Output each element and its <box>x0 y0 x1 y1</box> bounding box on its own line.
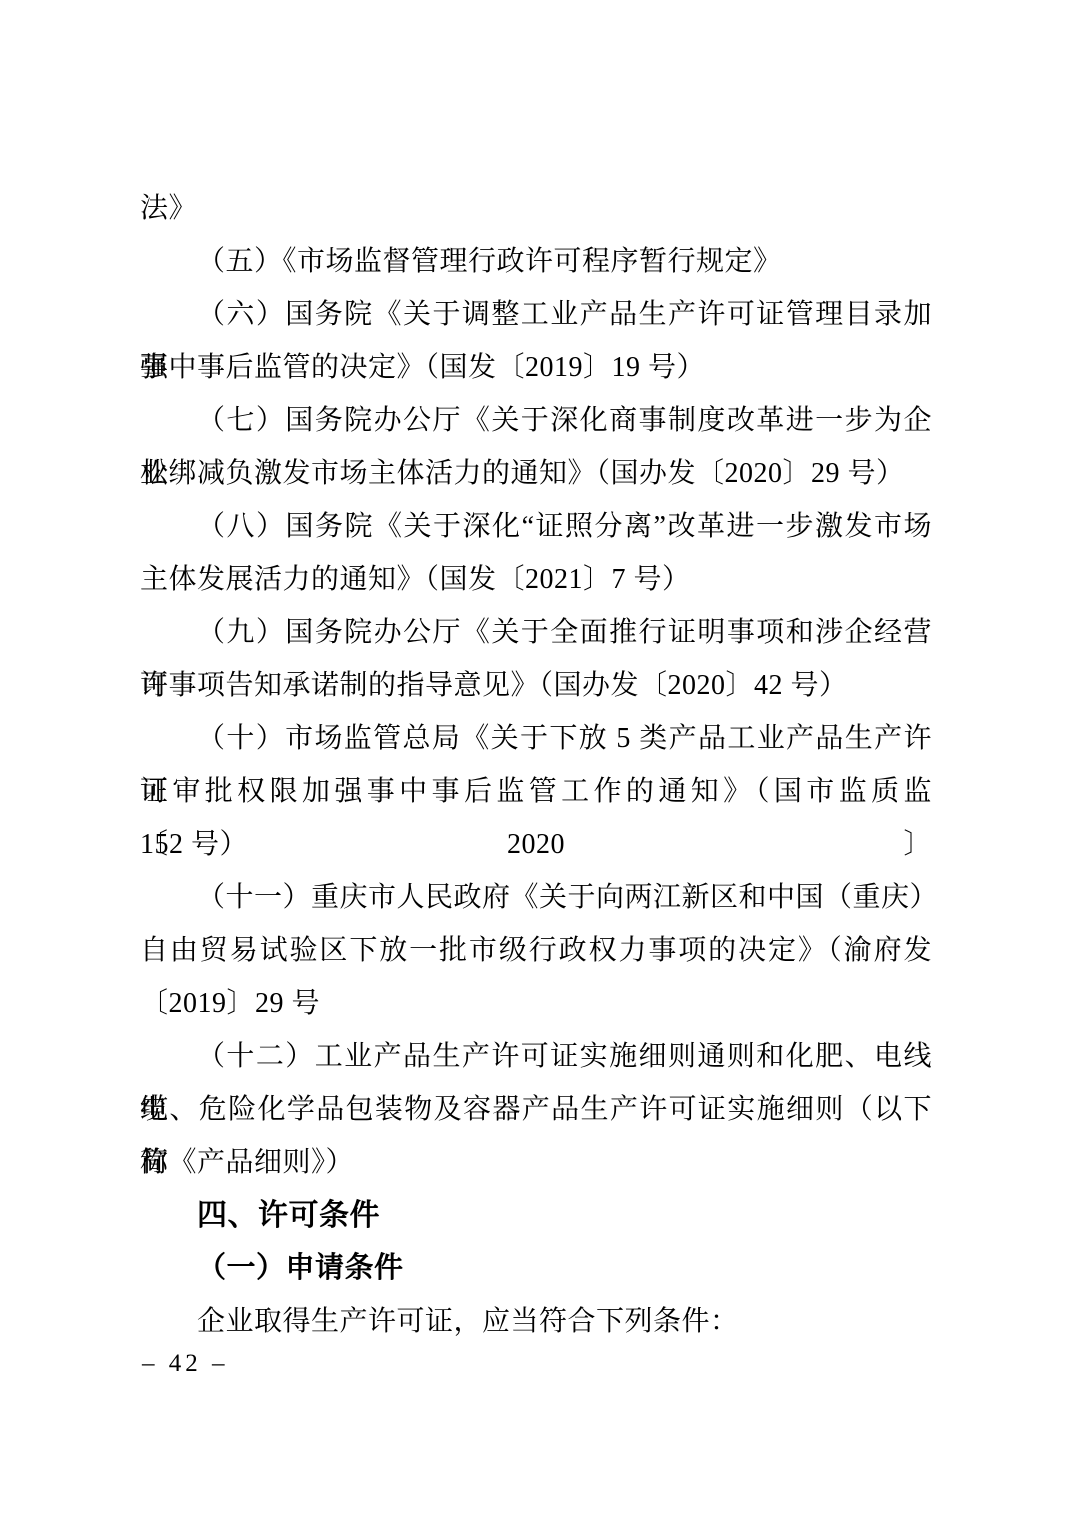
document-body: 法》 （五）《市场监督管理行政许可程序暂行规定》 （六）国务院《关于调整工业产品… <box>140 182 932 1348</box>
doc-line: 松绑减负激发市场主体活力的通知》（国办发〔2020〕29 号） <box>140 447 932 500</box>
doc-line: 〔2019〕29 号 <box>140 977 932 1030</box>
page-number: – 42 – <box>142 1344 229 1384</box>
doc-line: （十）市场监管总局《关于下放 5 类产品工业产品生产许可 <box>140 712 932 765</box>
doc-line: 法》 <box>140 182 932 235</box>
doc-line: （十二）工业产品生产许可证实施细则通则和化肥、电线电 <box>140 1030 932 1083</box>
document-page: 法》 （五）《市场监督管理行政许可程序暂行规定》 （六）国务院《关于调整工业产品… <box>0 0 1074 1520</box>
doc-line: （八）国务院《关于深化“证照分离”改革进一步激发市场 <box>140 500 932 553</box>
doc-line: （七）国务院办公厅《关于深化商事制度改革进一步为企业 <box>140 394 932 447</box>
section-heading: 四、许可条件 <box>140 1189 932 1242</box>
doc-line: 缆、危险化学品包装物及容器产品生产许可证实施细则（以下简 <box>140 1083 932 1136</box>
subsection-heading: （一）申请条件 <box>140 1242 932 1295</box>
doc-line: 称《产品细则》） <box>140 1136 932 1189</box>
doc-line: （五）《市场监督管理行政许可程序暂行规定》 <box>140 235 932 288</box>
doc-line: 自由贸易试验区下放一批市级行政权力事项的决定》（渝府发 <box>140 924 932 977</box>
doc-line: （九）国务院办公厅《关于全面推行证明事项和涉企经营许 <box>140 606 932 659</box>
doc-line: 证审批权限加强事中事后监管工作的通知》（国市监质监〔2020〕 <box>140 765 932 818</box>
doc-line: 事中事后监管的决定》（国发〔2019〕19 号） <box>140 341 932 394</box>
doc-line: 企业取得生产许可证，应当符合下列条件： <box>140 1295 932 1348</box>
doc-line: （六）国务院《关于调整工业产品生产许可证管理目录加强 <box>140 288 932 341</box>
doc-line: 主体发展活力的通知》（国发〔2021〕7 号） <box>140 553 932 606</box>
doc-line: 可事项告知承诺制的指导意见》（国办发〔2020〕42 号） <box>140 659 932 712</box>
doc-line: （十一）重庆市人民政府《关于向两江新区和中国（重庆） <box>140 871 932 924</box>
